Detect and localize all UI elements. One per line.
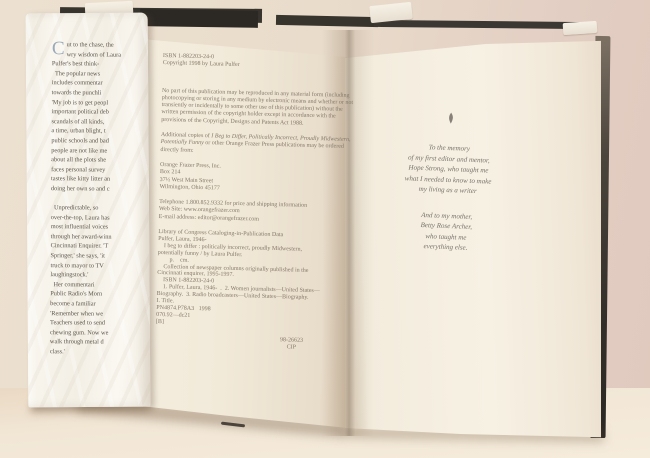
dedication-text-block: To the memory of my first editor and men…: [389, 110, 506, 255]
book-cover-top-edge: [276, 15, 378, 27]
dust-jacket-flap: Cut to the chase, the wry wisdom of Laur…: [26, 13, 151, 408]
flap-blurb-text: Cut to the chase, the wry wisdom of Laur…: [50, 40, 151, 358]
publisher-address: Orange Frazer Press, Inc. Box 214 37½ We…: [159, 162, 356, 196]
ordering-prefix: Additional copies of: [161, 132, 212, 139]
cip-label: CIP: [267, 344, 315, 353]
contact-info: Telephone 1.800.852.9332 for price and s…: [159, 199, 356, 226]
dedication-stanza-2: And to my mother, Betty Rose Archer, who…: [389, 208, 503, 254]
copyright-text-block: ISBN 1-882203-24-0 Copyright 1998 by Lau…: [155, 53, 359, 353]
dedication-stanza-1: To the memory of my first editor and men…: [392, 141, 506, 198]
ordering-paragraph: Additional copies of I Beg to Differ, Po…: [160, 132, 357, 159]
drop-cap-letter: C: [52, 40, 67, 57]
loc-control-number-block: 98-26623 CIP: [267, 337, 315, 353]
jacket-tape: [563, 21, 598, 35]
cataloging-in-publication-data: Library of Congress Cataloging-in-Public…: [156, 229, 354, 331]
flap-blurb-lines: ut to the chase, the wry wisdom of Laura…: [50, 41, 121, 355]
book-cover-top-edge: [374, 20, 586, 29]
book-cover-top-edge: [140, 9, 258, 28]
rights-paragraph: No part of this publication may be repro…: [161, 88, 358, 130]
open-book-photograph: ISBN 1-882203-24-0 Copyright 1998 by Lau…: [0, 0, 650, 458]
